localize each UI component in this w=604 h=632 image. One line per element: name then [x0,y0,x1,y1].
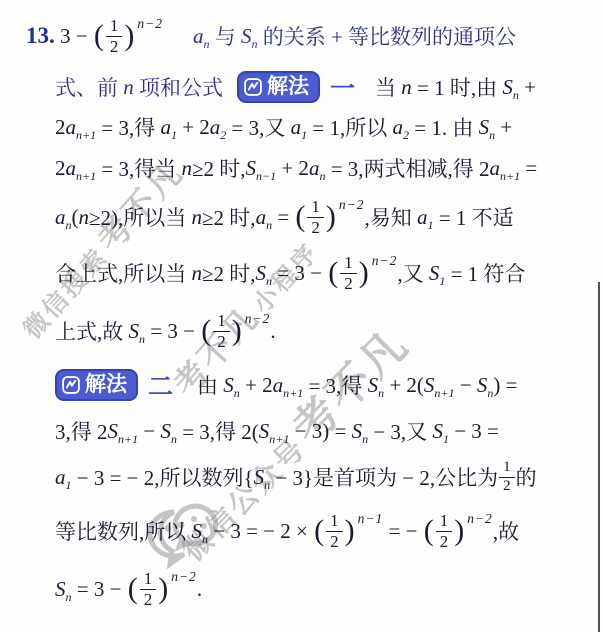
document-body: 13. 3 − (12)n−2an 与 Sn 的关系 + 等比数列的通项公式、前… [0,0,604,618]
math-line: 13. 3 − (12)n−2an 与 Sn 的关系 + 等比数列的通项公 [0,6,604,66]
fraction: 12 [326,512,343,551]
fraction-denominator: 2 [110,37,119,56]
fraction-numerator: 1 [340,254,357,274]
subscript: n−1 [256,169,276,183]
math-line: 2an+1 = 3,得当 n≥2 时,Sn−1 + 2an = 3,两式相减,得… [0,146,604,190]
variable-with-subscript: Sn−1 [245,156,276,181]
math-line: 等比数列,所以 Sn − 3 = − 2 × (12)n−1 = − (12)n… [0,502,604,560]
math-variable: S [108,419,119,443]
math-variable: n [123,75,134,100]
solution-badge: 解法 [55,369,138,401]
fraction: 12 [213,312,230,351]
text-segment: 的 [516,462,537,492]
text-segment: = 3,得 [96,112,160,142]
page-edge-rule [598,282,600,632]
math-variable: a [490,156,501,180]
paren-fraction: (12)n−2 [93,17,163,56]
solution-number: 一 [330,69,355,105]
fraction: 12 [499,460,515,495]
text-segment: ≥2 时, [192,153,246,183]
text-segment: + [495,115,512,140]
paren-fraction: (12)n−2 [200,312,270,351]
exponent: n−2 [171,569,197,585]
paren-fraction: (12)n−2 [327,254,397,293]
math-variable: a [55,205,66,229]
subscript: n+1 [434,386,454,400]
variable-with-subscript: an+1 [66,156,97,181]
text-segment: = 1 符合 [445,258,525,288]
text-segment: − 3 = − 2,所以数列{ [72,462,254,492]
text-segment: 的关系 + 等比数列的通项公 [257,21,516,51]
math-line: 解法二由 Sn + 2an+1 = 3,得 Sn + 2(Sn+1 − Sn) … [0,360,604,410]
fraction-denominator: 2 [217,332,226,351]
text-segment: + 2 [276,156,309,181]
math-variable: a [210,115,221,139]
text-segment: = [272,205,294,230]
spacer [223,87,237,88]
math-variable: a [392,115,403,139]
text-segment: = 1. 由 [409,112,479,142]
math-line: 合上式,所以当 n≥2 时,Sn = 3 − (12)n−2,又 S1 = 1 … [0,244,604,302]
math-variable: S [479,115,490,139]
math-variable: S [259,419,270,443]
fraction: 12 [340,254,357,293]
fraction-denominator: 2 [330,532,339,551]
spacer [355,87,375,88]
text-segment: ≥2 时, [202,202,256,232]
subscript: n+1 [283,386,303,400]
paren-fraction: (12)n−1 [313,512,383,551]
math-variable: n [181,156,192,181]
variable-with-subscript: Sn+1 [424,373,455,398]
exponent: n−2 [137,16,163,32]
variable-with-subscript: Sn [256,261,273,286]
math-variable: S [429,261,440,285]
text-segment: = 3 − [145,319,200,344]
paren-fraction: (12)n−2 [294,198,364,237]
exponent: n−2 [467,511,493,527]
math-line: Sn = 3 − (12)n−2. [0,560,604,618]
text-segment: ,故 [493,516,519,546]
variable-with-subscript: Sn [160,419,177,444]
text-segment: 2 [55,156,66,181]
math-variable: S [245,156,256,180]
variable-with-subscript: Sn [223,373,240,398]
text-segment: 式、前 [55,72,123,102]
variable-with-subscript: Sn [55,577,72,602]
text-segment: . [197,577,202,602]
paren-fraction: (12)n−2 [423,512,493,551]
variable-with-subscript: S1 [429,261,446,286]
text-segment: . [270,319,275,344]
math-line: a1 − 3 = − 2,所以数列{Sn − 3}是首项为 − 2,公比为12的 [0,452,604,502]
math-variable: n [79,205,90,230]
text-segment: = − [383,519,422,544]
fraction-numerator: 1 [436,512,453,532]
text-segment: ,又 [397,258,429,288]
subscript: n+1 [500,169,520,183]
fraction-denominator: 2 [503,478,511,495]
variable-with-subscript: Sn [254,465,271,490]
text-segment: − 3 = − 2 × [208,519,313,544]
solution-number: 二 [148,367,173,403]
fraction-numerator: 1 [326,512,343,532]
math-variable: S [160,419,171,443]
math-variable: n [192,205,203,230]
text-segment: + [519,75,536,100]
math-variable: S [256,261,267,285]
text-segment: 由 [197,370,223,400]
exponent: n−2 [245,311,271,327]
variable-with-subscript: Sn [368,373,385,398]
math-variable: a [160,115,171,139]
variable-with-subscript: Sn+1 [259,419,290,444]
text-segment: 项和公式 [134,72,223,102]
math-variable: S [192,519,203,543]
fraction-numerator: 1 [307,198,324,218]
variable-with-subscript: Sn [477,373,494,398]
math-variable: S [368,373,379,397]
variable-with-subscript: Sn [352,419,369,444]
text-segment: = 3 − [272,261,327,286]
text-segment: ≥2),所以当 [89,202,192,232]
text-segment: + 2 [240,373,273,398]
math-line: 2an+1 = 3,得 a1 + 2a2 = 3,又 a1 = 1,所以 a2 … [0,108,604,146]
text-segment: 与 [209,21,241,51]
subscript: n+1 [269,432,289,446]
text-segment: 合上式,所以当 [55,258,192,288]
variable-with-subscript: Sn [192,519,209,544]
variable-with-subscript: an [193,24,210,49]
text-segment: = 3,两式相减,得 2 [325,153,489,183]
fraction: 12 [307,198,324,237]
text-segment: = 3 − [72,577,127,602]
math-variable: a [309,156,320,180]
math-variable: S [502,75,513,99]
jiefa-badge-icon [243,77,263,97]
text-segment: − 3) = [289,419,351,444]
variable-with-subscript: an+1 [490,156,521,181]
fraction-denominator: 2 [344,274,353,293]
math-variable: S [424,373,435,397]
jiefa-badge-icon [61,375,81,395]
text-segment: = 1 不适 [434,202,514,232]
fraction-numerator: 1 [106,17,123,37]
math-variable: S [352,419,363,443]
math-variable: S [129,319,140,343]
text-segment: 2 [55,115,66,140]
fraction: 12 [106,17,123,56]
text-segment: ) = [493,373,517,398]
text-segment: − [455,373,477,398]
variable-with-subscript: S1 [432,419,449,444]
exponent: n−1 [358,511,384,527]
subscript: n+1 [76,169,96,183]
text-segment: = 1 时,由 [412,72,503,102]
fraction-denominator: 2 [311,218,320,237]
subscript: n+1 [118,432,138,446]
math-line: 3,得 2Sn+1 − Sn = 3,得 2(Sn+1 − 3) = Sn − … [0,410,604,452]
math-variable: a [291,115,302,139]
variable-with-subscript: an [55,205,72,230]
text-segment: 上式,故 [55,316,129,346]
spacer [173,385,197,386]
spacer [163,36,193,37]
text-segment: 等比数列,所以 [55,516,192,546]
math-variable: a [417,205,428,229]
math-variable: S [432,419,443,443]
variable-with-subscript: Sn [502,75,519,100]
math-variable: S [254,465,265,489]
solution-badge: 解法 [237,71,320,103]
variable-with-subscript: an+1 [273,373,304,398]
text-segment: ≥2 时, [202,258,256,288]
text-segment: = 3,得 2( [177,416,259,446]
fraction-numerator: 1 [213,312,230,332]
variable-with-subscript: an [309,156,326,181]
paren-fraction: (12)n−2 [127,570,197,609]
variable-with-subscript: an [256,205,273,230]
text-segment: = 3,得当 [96,153,181,183]
text-segment: ( [72,205,79,230]
fraction: 12 [436,512,453,551]
text-segment: 当 [375,72,401,102]
solution-badge-label: 解法 [267,74,309,99]
exponent: n−2 [339,197,365,213]
text-segment: 3 − [55,24,93,49]
solution-badge-label: 解法 [85,372,127,397]
text-segment: − 3,又 [368,416,432,446]
textbook-page: 微信搜索 考不凡 考不凡 小程序 微信公众号 考不凡 13. 3 − (12)n… [0,0,604,632]
text-segment: − 3}是首项为 − 2,公比为 [270,462,498,492]
variable-with-subscript: Sn [479,115,496,140]
math-line: 上式,故 Sn = 3 − (12)n−2. [0,302,604,360]
text-segment: − 3 = [449,419,499,444]
fraction-numerator: 1 [140,570,157,590]
variable-with-subscript: a2 [392,115,409,140]
text-segment: − [138,419,160,444]
math-line: an(n≥2),所以当 n≥2 时,an = (12)n−2,易知 a1 = 1… [0,190,604,244]
text-segment: = 3,得 [303,370,367,400]
math-variable: a [66,115,77,139]
variable-with-subscript: Sn [241,24,258,49]
text-segment: ,易知 [365,202,418,232]
fraction-denominator: 2 [144,590,153,609]
variable-with-subscript: a1 [417,205,434,230]
fraction-denominator: 2 [440,532,449,551]
variable-with-subscript: an+1 [66,115,97,140]
exponent: n−2 [372,253,398,269]
math-variable: S [55,577,66,601]
math-variable: S [241,24,252,48]
variable-with-subscript: a2 [210,115,227,140]
math-variable: n [192,261,203,286]
text-segment: + 2( [384,373,424,398]
variable-with-subscript: a1 [160,115,177,140]
math-line: 式、前 n 项和公式解法一当 n = 1 时,由 Sn + [0,66,604,108]
text-segment: + 2 [177,115,210,140]
text-segment: 3,得 2 [55,416,108,446]
variable-with-subscript: Sn [129,319,146,344]
text-segment: = 3,又 [226,112,290,142]
math-variable: a [66,156,77,180]
text-segment: = [520,156,537,181]
fraction: 12 [140,570,157,609]
math-variable: a [256,205,267,229]
variable-with-subscript: Sn+1 [108,419,139,444]
math-variable: S [223,373,234,397]
subscript: n+1 [76,128,96,142]
variable-with-subscript: a1 [291,115,308,140]
text-segment: = 1,所以 [307,112,392,142]
math-variable: n [401,75,412,100]
math-variable: a [55,465,66,489]
question-number: 13. [26,23,55,49]
fraction-numerator: 1 [499,460,515,478]
variable-with-subscript: a1 [55,465,72,490]
math-variable: a [193,24,204,48]
math-variable: a [273,373,284,397]
math-variable: S [477,373,488,397]
